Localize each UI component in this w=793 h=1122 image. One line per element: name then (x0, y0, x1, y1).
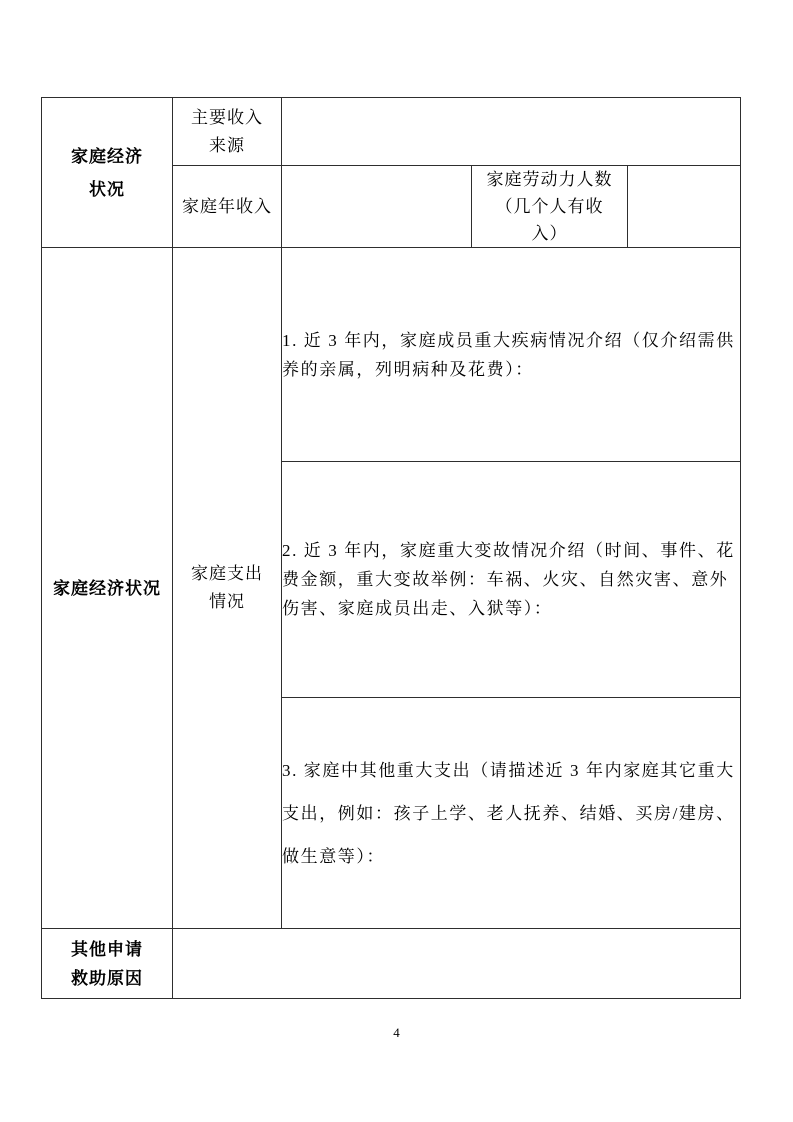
other-application-reason-label: 其他申请 救助原因 (42, 929, 173, 999)
expense-item-major-accident-field[interactable]: 2. 近 3 年内，家庭重大变故情况介绍（时间、事件、花 费金额，重大变故举例：… (282, 462, 741, 698)
annual-income-field[interactable] (282, 166, 472, 248)
document-page: 家庭经济 状况 主要收入 来源 家庭年收入 家庭劳动力人数 （几个人有收 入） … (0, 0, 793, 1122)
family-economic-status-form-table: 家庭经济 状况 主要收入 来源 家庭年收入 家庭劳动力人数 （几个人有收 入） … (41, 97, 741, 999)
expense-item-major-illness-field[interactable]: 1. 近 3 年内，家庭成员重大疾病情况介绍（仅介绍需供 养的亲属，列明病种及花… (282, 248, 741, 462)
page-number: 4 (0, 1025, 793, 1041)
labor-count-field[interactable] (628, 166, 741, 248)
other-application-reason-field[interactable] (173, 929, 741, 999)
row-header-family-economic-status: 家庭经济状况 (42, 248, 173, 929)
family-expense-label: 家庭支出 情况 (173, 248, 282, 929)
row-header-family-economic-status-top: 家庭经济 状况 (42, 98, 173, 248)
main-income-source-label: 主要收入 来源 (173, 98, 282, 166)
annual-income-label: 家庭年收入 (173, 166, 282, 248)
labor-count-label: 家庭劳动力人数 （几个人有收 入） (472, 166, 628, 248)
main-income-source-field[interactable] (282, 98, 741, 166)
expense-item-other-major-expense-field[interactable]: 3. 家庭中其他重大支出（请描述近 3 年内家庭其它重大 支出，例如：孩子上学、… (282, 698, 741, 929)
